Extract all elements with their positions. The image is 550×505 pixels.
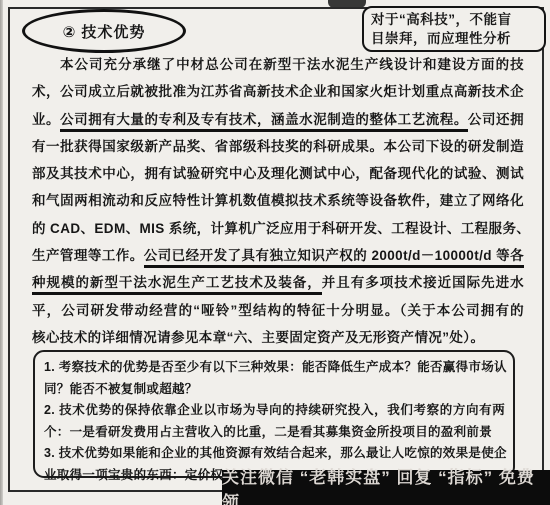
margin-note-box: 对于“高科技”，不能盲 目崇拜，而应理性分析 (362, 6, 546, 52)
paragraph-line: 业。公司拥有大量的专利及专有技术，涵盖水泥制造的整体工艺流程。公司还拥 (32, 106, 524, 133)
note-line: 2. 技术优势的保持依靠企业以市场为导向的持续研究投入，我们考察的方向有两 (44, 400, 505, 422)
paragraph-line: 术，公司成立后就被批准为江苏省高新技术企业和国家火炬计划重点高新技术企 (32, 78, 524, 105)
paragraph-line: 核心技术的详细情况请参见本章“六、主要固定资产及无形资产情况”处）。 (32, 324, 524, 351)
note-line: 同？能否不被复制或超越？ (44, 379, 505, 401)
paragraph-line: 部及其技术中心，拥有试验研究中心及理化测试中心，配备现代化的试验、测试 (32, 160, 524, 187)
scanned-document-page: ② 技术优势 对于“高科技”，不能盲 目崇拜，而应理性分析 本公司充分承继了中材… (0, 0, 550, 505)
margin-note-line: 对于“高科技”，不能盲 (371, 11, 537, 30)
note-line: 1. 考察技术的优势是否至少有以下三种效果：能否降低生产成本？能否赢得市场认 (44, 357, 505, 379)
section-heading-label: ② 技术优势 (63, 21, 146, 42)
paragraph-line: 本公司充分承继了中材总公司在新型干法水泥生产线设计和建设方面的技 (32, 51, 524, 78)
section-heading-ellipse: ② 技术优势 (22, 9, 186, 53)
paragraph-line: 种规模的新型干法水泥生产工艺技术及装备，并且有多项技术接近国际先进水 (32, 269, 524, 296)
watermark-text: 关注微信 “老韩实盘” 回复 “指标” 免费领 (222, 463, 550, 505)
paragraph-line: 和气固两相流动和反应特性计算机数值模拟技术系统等设备软件，建立了网络化 (32, 187, 524, 214)
paragraph-line: 有一批获得国家级新产品奖、省部级科技奖的科研成果。本公司下设的研发制造 (32, 133, 524, 160)
paragraph-line: 生产管理等工作。公司已经开发了具有独立知识产权的 2000t/d－10000t/… (32, 242, 524, 269)
margin-note-line: 目崇拜，而应理性分析 (371, 30, 537, 49)
paragraph-line: 平，公司研发带动经营的“哑铃”型结构的特征十分明显。（关于本公司拥有的 (32, 297, 524, 324)
commentary-note-box: 1. 考察技术的优势是否至少有以下三种效果：能否降低生产成本？能否赢得市场认 同… (33, 350, 515, 478)
note-line: 个：一是看研发费用占主营收入的比重，二是看其募集资金所投项目的盈利前景 (44, 422, 505, 444)
main-paragraph: 本公司充分承继了中材总公司在新型干法水泥生产线设计和建设方面的技 术，公司成立后… (32, 51, 524, 351)
scan-edge-artifact (0, 0, 3, 505)
paragraph-line: 的 CAD、EDM、MIS 系统，计算机广泛应用于科研开发、工程设计、工程服务、 (32, 215, 524, 242)
wechat-watermark-bar: 关注微信 “老韩实盘” 回复 “指标” 免费领 (222, 470, 550, 505)
